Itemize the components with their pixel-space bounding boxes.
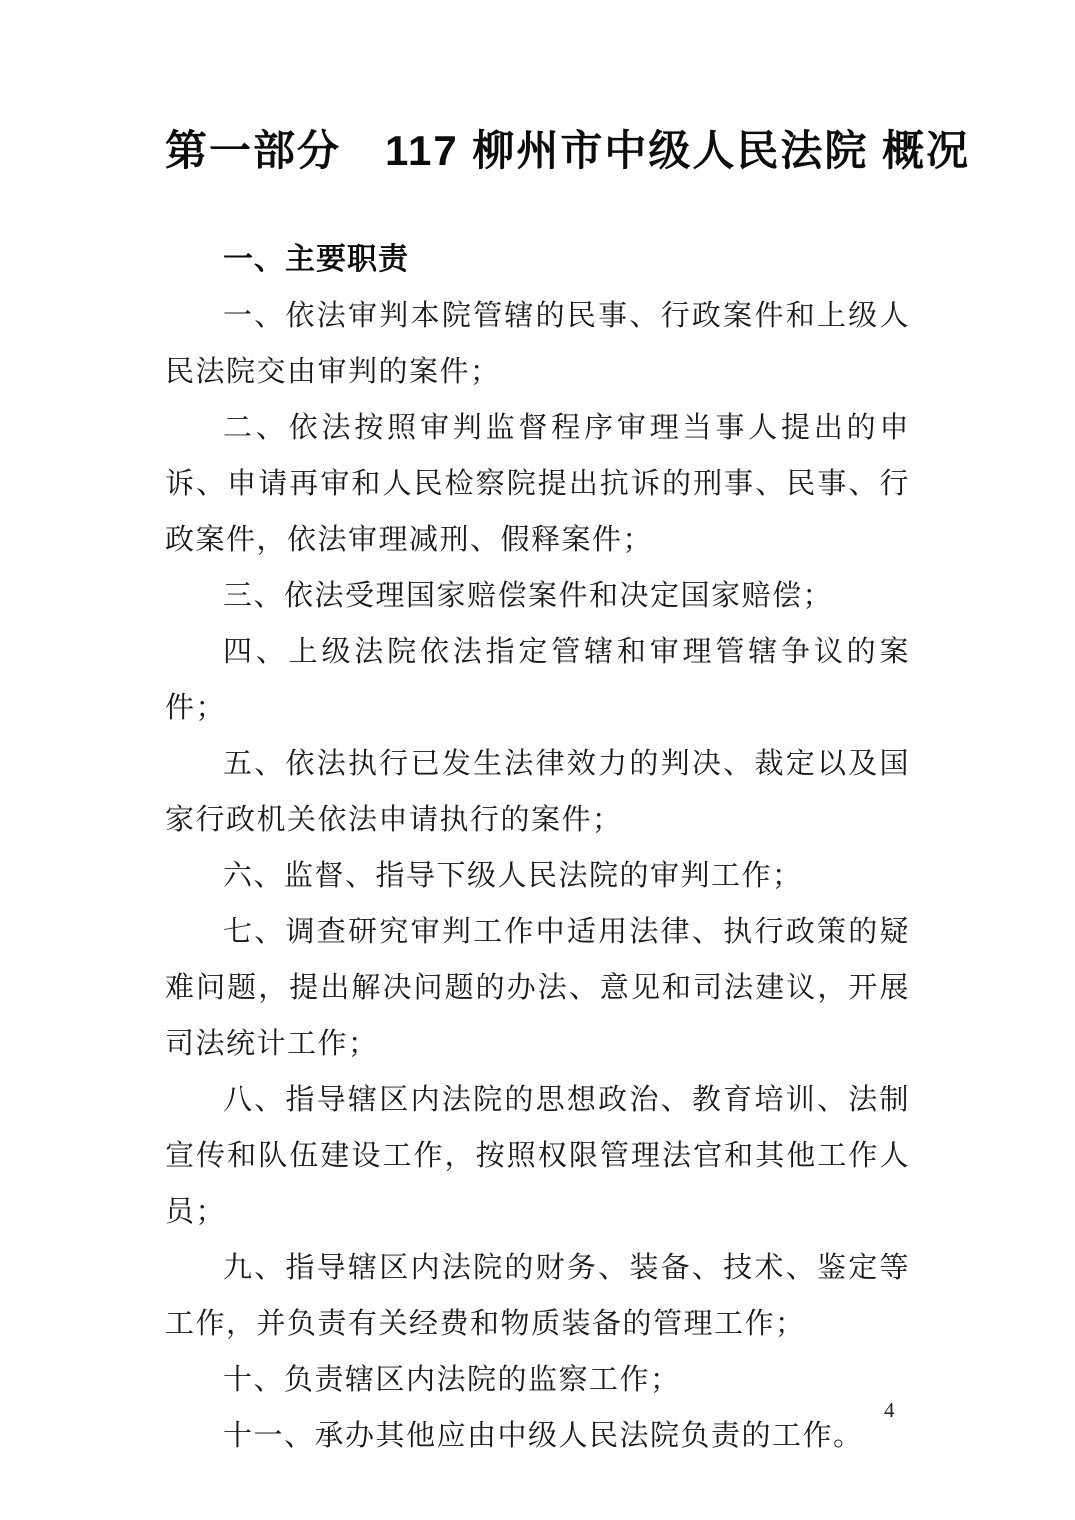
paragraph-11: 十一、承办其他应由中级人民法院负责的工作。 — [165, 1408, 910, 1464]
paragraph-10: 十、负责辖区内法院的监察工作； — [165, 1352, 910, 1408]
paragraph-7: 七、调查研究审判工作中适用法律、执行政策的疑难问题，提出解决问题的办法、意见和司… — [165, 904, 910, 1072]
page-number: 4 — [884, 1398, 895, 1423]
paragraph-8: 八、指导辖区内法院的思想政治、教育培训、法制宣传和队伍建设工作，按照权限管理法官… — [165, 1072, 910, 1240]
paragraph-6: 六、监督、指导下级人民法院的审判工作； — [165, 848, 910, 904]
page-title: 第一部分 117 柳州市中级人民法院 概况 — [165, 112, 910, 190]
section-heading: 一、主要职责 — [165, 232, 910, 288]
paragraph-4: 四、上级法院依法指定管辖和审理管辖争议的案件； — [165, 624, 910, 736]
paragraph-9: 九、指导辖区内法院的财务、装备、技术、鉴定等工作，并负责有关经费和物质装备的管理… — [165, 1240, 910, 1352]
paragraph-5: 五、依法执行已发生法律效力的判决、裁定以及国家行政机关依法申请执行的案件； — [165, 736, 910, 848]
document-page: 第一部分 117 柳州市中级人民法院 概况 一、主要职责 一、依法审判本院管辖的… — [0, 0, 1075, 1520]
paragraph-3: 三、依法受理国家赔偿案件和决定国家赔偿； — [165, 568, 910, 624]
paragraph-2: 二、依法按照审判监督程序审理当事人提出的申诉、申请再审和人民检察院提出抗诉的刑事… — [165, 400, 910, 568]
paragraph-1: 一、依法审判本院管辖的民事、行政案件和上级人民法院交由审判的案件； — [165, 288, 910, 400]
document-content: 第一部分 117 柳州市中级人民法院 概况 一、主要职责 一、依法审判本院管辖的… — [165, 0, 910, 1464]
